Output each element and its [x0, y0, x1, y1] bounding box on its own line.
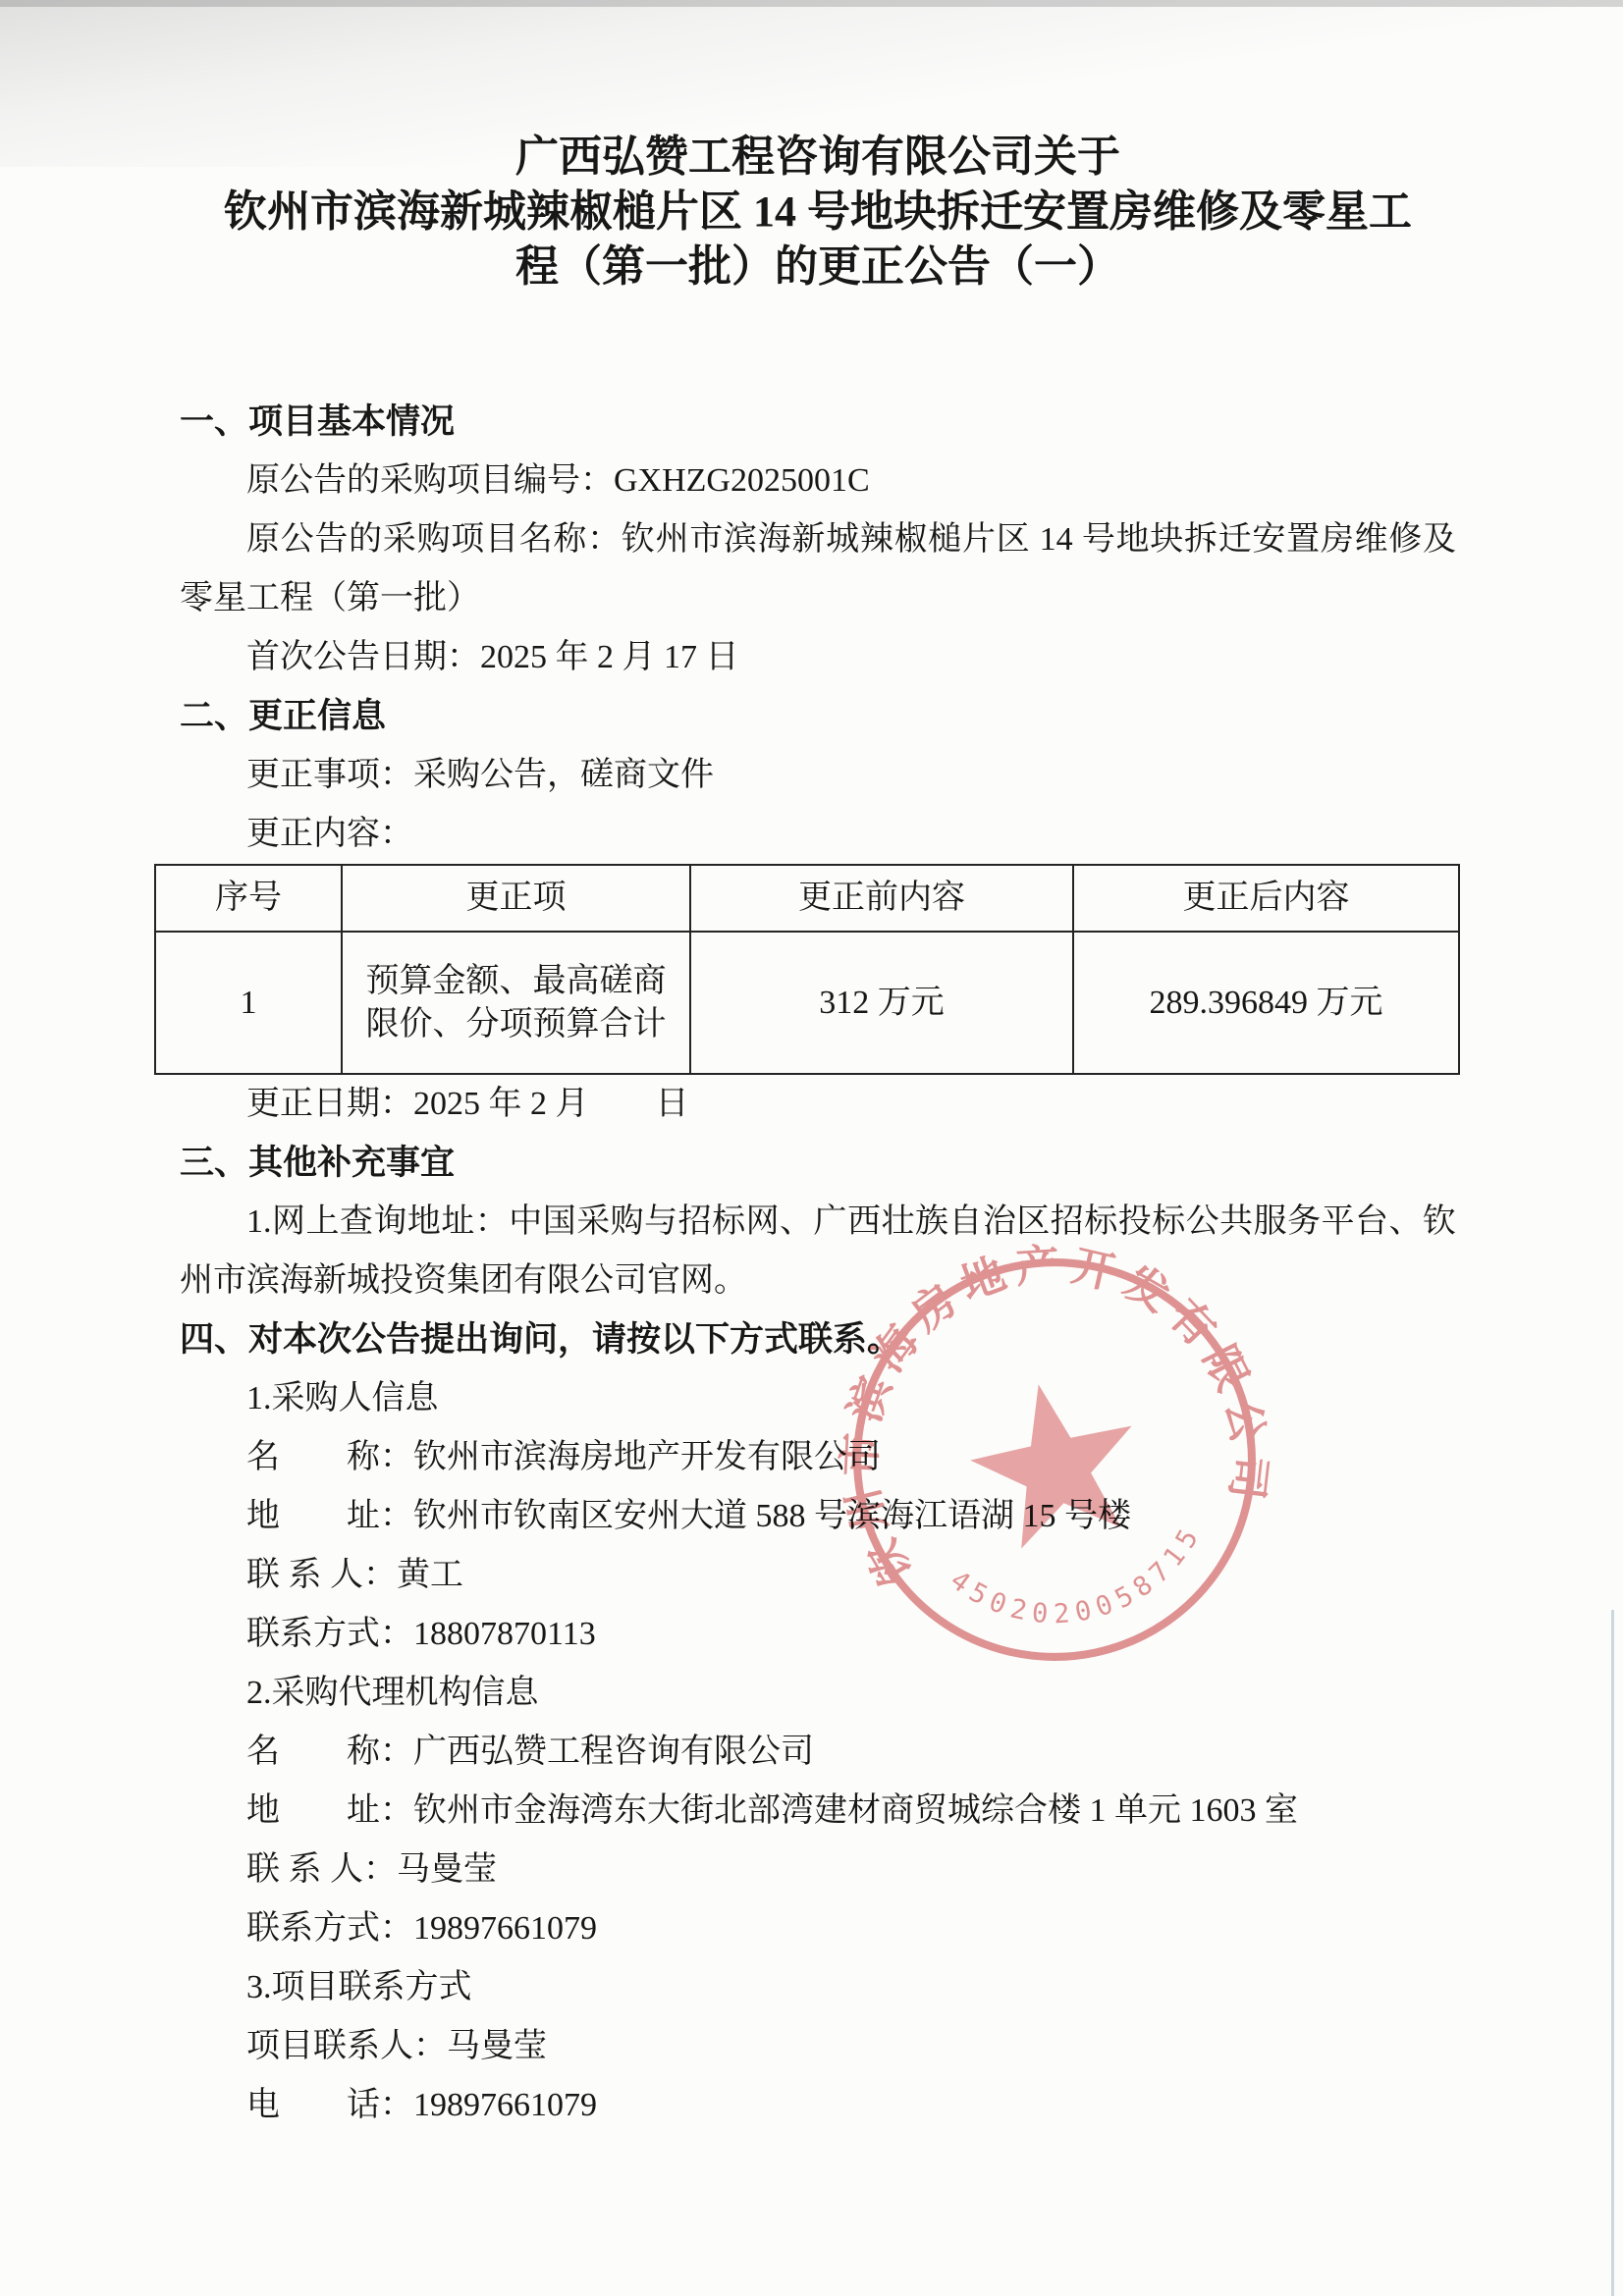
cell-seq: 1: [155, 932, 342, 1074]
header-after: 更正后内容: [1073, 865, 1459, 932]
agency-name-line: 名 称：广西弘赞工程咨询有限公司: [180, 1723, 1456, 1782]
table-header-row: 序号 更正项 更正前内容 更正后内容: [155, 865, 1459, 932]
online-query-line: 1.网上查询地址：中国采购与招标网、广西壮族自治区招标投标公共服务平台、钦州市滨…: [180, 1193, 1456, 1310]
correction-table: 序号 更正项 更正前内容 更正后内容 1 预算金额、最高磋商限价、分项预算合计 …: [154, 864, 1460, 1075]
correction-date-line: 更正日期：2025 年 2 月 日: [180, 1075, 1456, 1134]
cell-after: 289.396849 万元: [1073, 932, 1459, 1074]
project-number-line: 原公告的采购项目编号：GXHZG2025001C: [180, 452, 1456, 510]
correction-items-line: 更正事项：采购公告，磋商文件: [180, 746, 1456, 805]
document-content: 广西弘赞工程咨询有限公司关于 钦州市滨海新城辣椒槌片区 14 号地块拆迁安置房维…: [0, 0, 1623, 2135]
section-2-heading: 二、更正信息: [180, 687, 1456, 746]
cell-item: 预算金额、最高磋商限价、分项预算合计: [342, 932, 690, 1074]
section-4-heading: 四、对本次公告提出询问，请按以下方式联系。: [180, 1310, 1456, 1369]
document-page: 广西弘赞工程咨询有限公司关于 钦州市滨海新城辣椒槌片区 14 号地块拆迁安置房维…: [0, 0, 1623, 2296]
agency-phone-line: 联系方式：19897661079: [180, 1899, 1456, 1958]
purchaser-name-line: 名 称：钦州市滨海房地产开发有限公司: [180, 1428, 1456, 1487]
purchaser-info-heading: 1.采购人信息: [180, 1369, 1456, 1428]
project-contact-line: 项目联系人：马曼莹: [180, 2017, 1456, 2076]
cell-before: 312 万元: [690, 932, 1073, 1074]
agency-info-heading: 2.采购代理机构信息: [180, 1664, 1456, 1723]
agency-contact-line: 联 系 人：马曼莹: [180, 1841, 1456, 1899]
document-body: 一、项目基本情况 原公告的采购项目编号：GXHZG2025001C 原公告的采购…: [180, 393, 1456, 2135]
section-1-heading: 一、项目基本情况: [180, 393, 1456, 452]
agency-address-line: 地 址：钦州市金海湾东大街北部湾建材商贸城综合楼 1 单元 1603 室: [180, 1782, 1456, 1841]
title-line-1: 广西弘赞工程咨询有限公司关于: [180, 130, 1456, 185]
purchaser-phone-line: 联系方式：18807870113: [180, 1605, 1456, 1664]
header-item: 更正项: [342, 865, 690, 932]
project-phone-line: 电 话：19897661079: [180, 2076, 1456, 2135]
title-line-3: 程（第一批）的更正公告（一）: [180, 240, 1456, 294]
project-contact-heading: 3.项目联系方式: [180, 1958, 1456, 2017]
project-name-line: 原公告的采购项目名称：钦州市滨海新城辣椒槌片区 14 号地块拆迁安置房维修及零星…: [180, 510, 1456, 628]
purchaser-address-line: 地 址：钦州市钦南区安州大道 588 号滨海江语湖 15 号楼: [180, 1487, 1456, 1546]
section-3-heading: 三、其他补充事宜: [180, 1134, 1456, 1193]
header-before: 更正前内容: [690, 865, 1073, 932]
correction-content-label: 更正内容：: [180, 805, 1456, 864]
purchaser-contact-line: 联 系 人：黄工: [180, 1546, 1456, 1605]
document-title: 广西弘赞工程咨询有限公司关于 钦州市滨海新城辣椒槌片区 14 号地块拆迁安置房维…: [180, 130, 1456, 294]
table-row: 1 预算金额、最高磋商限价、分项预算合计 312 万元 289.396849 万…: [155, 932, 1459, 1074]
header-seq: 序号: [155, 865, 342, 932]
first-announce-date-line: 首次公告日期：2025 年 2 月 17 日: [180, 628, 1456, 687]
title-line-2: 钦州市滨海新城辣椒槌片区 14 号地块拆迁安置房维修及零星工: [180, 185, 1456, 240]
